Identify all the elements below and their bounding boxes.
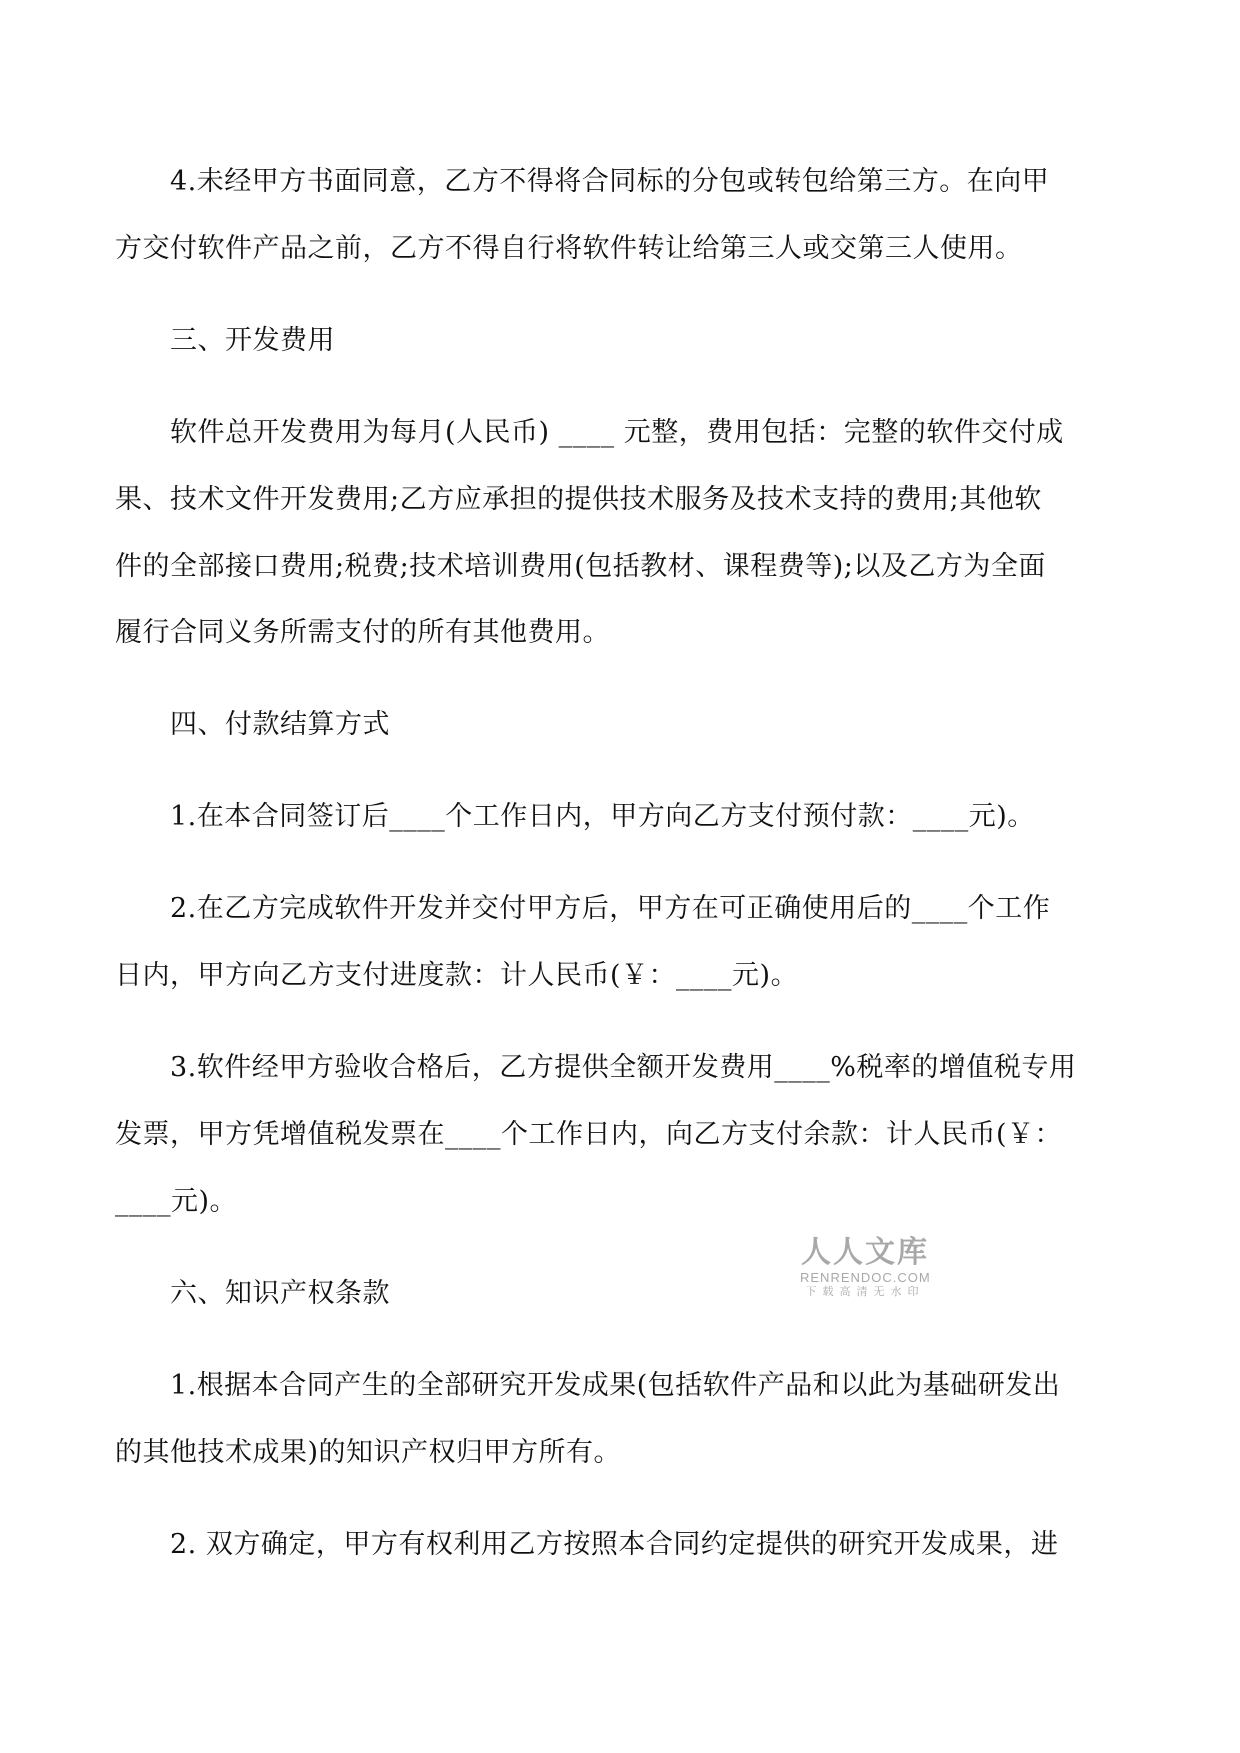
section-heading-development-fees: 三、开发费用: [170, 323, 335, 359]
ip-item-2-line-1: 2. 双方确定，甲方有权利用乙方按照本合同约定提供的研究开发成果，进: [170, 1527, 1058, 1563]
payment-item-1: 1.在本合同签订后____个工作日内，甲方向乙方支付预付款：____元)。: [170, 799, 1035, 835]
payment-item-2-line-1: 2.在乙方完成软件开发并交付甲方后，甲方在可正确使用后的____个工作: [170, 891, 1050, 927]
watermark-title: 人人文库: [800, 1236, 930, 1270]
fees-paragraph-line-4: 履行合同义务所需支付的所有其他费用。: [115, 615, 610, 651]
ip-item-1-line-1: 1.根据本合同产生的全部研究开发成果(包括软件产品和以此为基础研发出: [170, 1368, 1060, 1404]
section-heading-intellectual-property: 六、知识产权条款: [170, 1276, 390, 1312]
ip-item-1-line-2: 的其他技术成果)的知识产权归甲方所有。: [115, 1435, 621, 1471]
paragraph-4-line-1: 4.未经甲方书面同意，乙方不得将合同标的分包或转包给第三方。在向甲: [170, 164, 1049, 200]
paragraph-4-line-2: 方交付软件产品之前，乙方不得自行将软件转让给第三人或交第三人使用。: [115, 231, 1023, 267]
watermark-slogan: 下载高清无水印: [800, 1285, 930, 1299]
section-heading-payment-settlement: 四、付款结算方式: [170, 707, 390, 743]
payment-item-2-line-2: 日内，甲方向乙方支付进度款：计人民币(￥：____元)。: [115, 958, 798, 994]
fees-paragraph-line-3: 件的全部接口费用;税费;技术培训费用(包括教材、课程费等);以及乙方为全面: [115, 549, 1046, 585]
payment-item-3-line-1: 3.软件经甲方验收合格后，乙方提供全额开发费用____%税率的增值税专用: [170, 1050, 1076, 1086]
fees-paragraph-line-1: 软件总开发费用为每月(人民币) ____ 元整，费用包括：完整的软件交付成: [170, 415, 1064, 451]
payment-item-3-line-3: ____元)。: [115, 1184, 237, 1220]
watermark-logo: 人人文库 RENRENDOC.COM 下载高清无水印: [800, 1236, 930, 1299]
watermark-url: RENRENDOC.COM: [800, 1270, 930, 1285]
fees-paragraph-line-2: 果、技术文件开发费用;乙方应承担的提供技术服务及技术支持的费用;其他软: [115, 482, 1042, 518]
payment-item-3-line-2: 发票，甲方凭增值税发票在____个工作日内，向乙方支付余款：计人民币(￥：: [115, 1117, 1062, 1153]
